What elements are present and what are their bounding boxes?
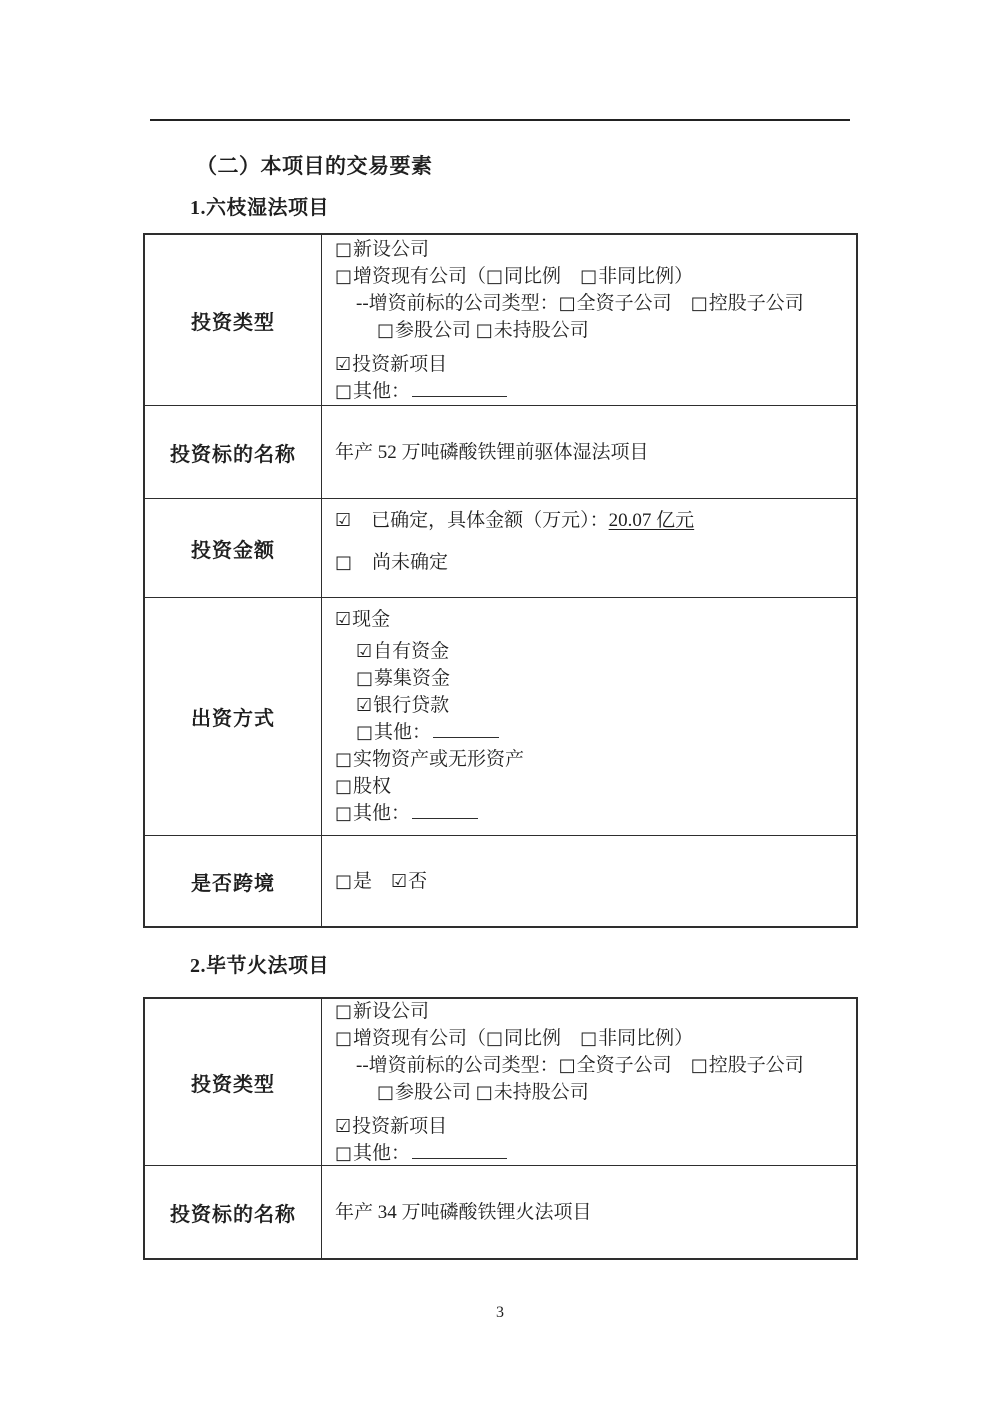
checkbox-unchecked-icon: □ <box>476 1082 493 1103</box>
table-row-cross-border: 是否跨境 □是 ☑否 <box>145 835 856 926</box>
row-content-investment-type: □新设公司□增资现有公司（□同比例 □非同比例）--增资前标的公司类型：□全资子… <box>322 999 856 1165</box>
row-content-target-name: 年产 34 万吨磷酸铁锂火法项目 <box>322 1166 856 1258</box>
checkbox-unchecked-icon: □ <box>580 1028 597 1049</box>
checkbox-unchecked-icon: □ <box>559 1055 576 1076</box>
checkbox-checked-icon: ☑ <box>335 609 351 630</box>
option-text: 现金 <box>352 609 390 630</box>
row-content-cross-border: □是 ☑否 <box>322 836 856 926</box>
option-line: □增资现有公司（□同比例 □非同比例） <box>335 263 846 290</box>
option-text: 其他： <box>353 803 410 824</box>
option-line: □实物资产或无形资产 <box>335 746 846 773</box>
checkbox-unchecked-icon: □ <box>335 871 352 892</box>
row-label: 投资标的名称 <box>145 1166 322 1258</box>
row-content-investment-amount: ☑ 已确定，具体金额（万元）：20.07 亿元□ 尚未确定 <box>322 499 856 597</box>
option-text: 未持股公司 <box>494 1082 589 1103</box>
option-line: 年产 52 万吨磷酸铁锂前驱体湿法项目 <box>335 438 846 467</box>
checkbox-unchecked-icon: □ <box>559 293 576 314</box>
option-text: 未持股公司 <box>494 320 589 341</box>
option-text: 其他： <box>353 1143 410 1164</box>
table-row-investment-type: 投资类型 □新设公司□增资现有公司（□同比例 □非同比例）--增资前标的公司类型… <box>145 235 856 405</box>
checkbox-checked-icon: ☑ <box>356 641 372 662</box>
option-line: □新设公司 <box>335 998 846 1025</box>
row-content-funding-method: ☑现金☑自有资金□募集资金☑银行贷款□其他：□实物资产或无形资产□股权□其他： <box>322 598 856 835</box>
option-text: 其他： <box>374 722 431 743</box>
checkbox-unchecked-icon: □ <box>335 803 352 824</box>
option-text: 增资现有公司（ <box>353 266 486 287</box>
option-text: 参股公司 <box>395 320 476 341</box>
option-line: □增资现有公司（□同比例 □非同比例） <box>335 1025 846 1052</box>
row-label: 投资类型 <box>145 235 322 405</box>
option-text: 投资新项目 <box>352 1116 447 1137</box>
option-line: □参股公司 □未持股公司 <box>377 317 846 344</box>
table-row-investment-type: 投资类型 □新设公司□增资现有公司（□同比例 □非同比例）--增资前标的公司类型… <box>145 999 856 1165</box>
option-line: □参股公司 □未持股公司 <box>377 1079 846 1106</box>
subsection-title-liuzhi-wet-project: 1.六枝湿法项目 <box>190 196 329 221</box>
checkbox-unchecked-icon: □ <box>356 668 373 689</box>
option-line: □是 ☑否 <box>335 867 846 896</box>
checkbox-unchecked-icon: □ <box>356 722 373 743</box>
option-text: 实物资产或无形资产 <box>353 749 524 770</box>
blank-underline <box>412 1141 507 1158</box>
option-text: 参股公司 <box>395 1082 476 1103</box>
section-heading: （二）本项目的交易要素 <box>196 153 433 179</box>
checkbox-unchecked-icon: □ <box>580 266 597 287</box>
checkbox-unchecked-icon: □ <box>335 1143 352 1164</box>
option-text: 非同比例） <box>598 1028 693 1049</box>
row-label: 投资标的名称 <box>145 406 322 498</box>
option-text: 新设公司 <box>353 1001 429 1022</box>
blank-underline <box>412 379 507 396</box>
checkbox-unchecked-icon: □ <box>335 552 352 573</box>
checkbox-checked-icon: ☑ <box>335 510 351 531</box>
blank-underline <box>412 802 478 819</box>
row-label: 是否跨境 <box>145 836 322 926</box>
option-line: □募集资金 <box>356 665 846 692</box>
subsection-title-bijie-fire-project: 2.毕节火法项目 <box>190 954 329 979</box>
checkbox-unchecked-icon: □ <box>377 1082 394 1103</box>
checkbox-unchecked-icon: □ <box>486 266 503 287</box>
checkbox-unchecked-icon: □ <box>377 320 394 341</box>
checkbox-unchecked-icon: □ <box>691 293 708 314</box>
row-content-investment-type: □新设公司□增资现有公司（□同比例 □非同比例）--增资前标的公司类型：□全资子… <box>322 235 856 405</box>
table-bijie-fire-project: 投资类型 □新设公司□增资现有公司（□同比例 □非同比例）--增资前标的公司类型… <box>143 997 858 1260</box>
option-text: 控股子公司 <box>709 1055 804 1076</box>
option-line: ☑银行贷款 <box>356 692 846 719</box>
table-row-investment-amount: 投资金额 ☑ 已确定，具体金额（万元）：20.07 亿元□ 尚未确定 <box>145 498 856 597</box>
row-label: 投资金额 <box>145 499 322 597</box>
option-line: □其他： <box>335 378 846 405</box>
option-text: 年产 52 万吨磷酸铁锂前驱体湿法项目 <box>335 442 649 463</box>
checkbox-unchecked-icon: □ <box>335 266 352 287</box>
table-row-target-name: 投资标的名称 年产 52 万吨磷酸铁锂前驱体湿法项目 <box>145 405 856 498</box>
option-text: 尚未确定 <box>353 552 448 573</box>
option-text: 全资子公司 <box>577 293 691 314</box>
option-text: 银行贷款 <box>373 695 449 716</box>
option-text: 投资新项目 <box>352 354 447 375</box>
blank-underline <box>433 721 499 738</box>
checkbox-unchecked-icon: □ <box>691 1055 708 1076</box>
checkbox-unchecked-icon: □ <box>335 381 352 402</box>
checkbox-unchecked-icon: □ <box>335 239 352 260</box>
option-line: ☑现金 <box>335 606 846 633</box>
option-line: □新设公司 <box>335 236 846 263</box>
option-text: 股权 <box>353 776 391 797</box>
page-number: 3 <box>0 1304 1000 1322</box>
filled-value-underlined: 20.07 亿元 <box>609 510 695 531</box>
option-line: □其他： <box>335 1140 846 1167</box>
document-page: （二）本项目的交易要素 1.六枝湿法项目 投资类型 □新设公司□增资现有公司（□… <box>0 0 1000 1414</box>
checkbox-checked-icon: ☑ <box>335 1116 351 1137</box>
option-text: 自有资金 <box>373 641 449 662</box>
checkbox-unchecked-icon: □ <box>486 1028 503 1049</box>
option-text: 同比例 <box>504 1028 580 1049</box>
option-text: 是 <box>353 871 391 892</box>
checkbox-checked-icon: ☑ <box>356 695 372 716</box>
table-row-target-name: 投资标的名称 年产 34 万吨磷酸铁锂火法项目 <box>145 1165 856 1258</box>
option-line: □其他： <box>335 800 846 827</box>
option-text: --增资前标的公司类型： <box>356 293 559 314</box>
table-row-funding-method: 出资方式 ☑现金☑自有资金□募集资金☑银行贷款□其他：□实物资产或无形资产□股权… <box>145 597 856 835</box>
checkbox-unchecked-icon: □ <box>335 1028 352 1049</box>
option-text: 其他： <box>353 381 410 402</box>
option-line: ☑投资新项目 <box>335 351 846 378</box>
option-text: --增资前标的公司类型： <box>356 1055 559 1076</box>
option-text: 新设公司 <box>353 239 429 260</box>
checkbox-checked-icon: ☑ <box>335 354 351 375</box>
option-line: 年产 34 万吨磷酸铁锂火法项目 <box>335 1198 846 1227</box>
option-line: --增资前标的公司类型：□全资子公司 □控股子公司 <box>356 290 846 317</box>
option-line: ☑ 已确定，具体金额（万元）：20.07 亿元 <box>335 506 846 535</box>
option-text: 否 <box>408 871 427 892</box>
option-line: □股权 <box>335 773 846 800</box>
checkbox-unchecked-icon: □ <box>335 776 352 797</box>
option-line: □其他： <box>356 719 846 746</box>
checkbox-unchecked-icon: □ <box>335 1001 352 1022</box>
option-text: 募集资金 <box>374 668 450 689</box>
checkbox-unchecked-icon: □ <box>335 749 352 770</box>
option-text: 控股子公司 <box>709 293 804 314</box>
option-line: ☑自有资金 <box>356 638 846 665</box>
option-text: 全资子公司 <box>577 1055 691 1076</box>
row-label: 出资方式 <box>145 598 322 835</box>
row-content-target-name: 年产 52 万吨磷酸铁锂前驱体湿法项目 <box>322 406 856 498</box>
checkbox-unchecked-icon: □ <box>476 320 493 341</box>
option-text: 非同比例） <box>598 266 693 287</box>
option-text: 增资现有公司（ <box>353 1028 486 1049</box>
header-rule <box>150 119 850 121</box>
table-liuzhi-wet-project: 投资类型 □新设公司□增资现有公司（□同比例 □非同比例）--增资前标的公司类型… <box>143 233 858 928</box>
checkbox-checked-icon: ☑ <box>391 871 407 892</box>
option-line: ☑投资新项目 <box>335 1113 846 1140</box>
option-text: 同比例 <box>504 266 580 287</box>
option-text: 已确定，具体金额（万元）： <box>352 510 609 531</box>
option-line: □ 尚未确定 <box>335 548 846 577</box>
row-label: 投资类型 <box>145 999 322 1165</box>
option-text: 年产 34 万吨磷酸铁锂火法项目 <box>335 1202 592 1223</box>
option-line: --增资前标的公司类型：□全资子公司 □控股子公司 <box>356 1052 846 1079</box>
